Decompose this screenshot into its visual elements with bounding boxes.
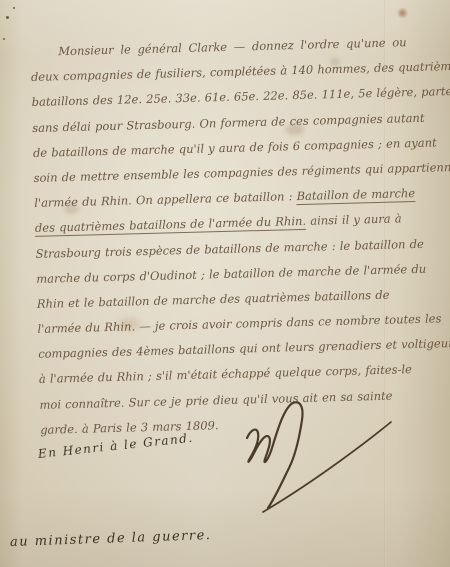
line-text: Strasbourg trois espèces de bataillons d… bbox=[35, 236, 424, 260]
line-text: à l'armée du Rhin ; s'il m'était échappé… bbox=[39, 363, 412, 387]
paper-speck bbox=[6, 16, 9, 19]
line-text: ainsi il y aura à bbox=[306, 212, 402, 228]
line-text: sans délai pour Strasbourg. On formera d… bbox=[32, 110, 425, 134]
line-text: marche du corps d'Oudinot ; le bataillon… bbox=[36, 261, 426, 285]
underlined-text: des quatrièmes bataillons de l'armée du … bbox=[35, 214, 307, 237]
letter-body: Monsieur le général Clarke — donnez l'or… bbox=[30, 29, 444, 442]
napoleon-signature-paraph bbox=[233, 396, 398, 518]
line-text: bataillons des 12e. 25e. 33e. 61e. 65e. … bbox=[31, 84, 450, 109]
line-text: l'armée du Rhin. On appellera ce bataill… bbox=[34, 189, 297, 210]
paper-speck bbox=[13, 7, 15, 9]
underlined-text: Bataillon de marche bbox=[296, 186, 415, 205]
paper-speck bbox=[3, 38, 5, 40]
address-line: au ministre de la guerre. bbox=[10, 528, 212, 550]
line-text: Rhin et le bataillon de marche des quatr… bbox=[37, 288, 390, 311]
signature-icon bbox=[233, 396, 398, 518]
manuscript-letter-page: Monsieur le général Clarke — donnez l'or… bbox=[0, 0, 450, 567]
line-text: Monsieur le général Clarke — donnez l'or… bbox=[58, 35, 407, 58]
paper-stain bbox=[396, 8, 409, 18]
